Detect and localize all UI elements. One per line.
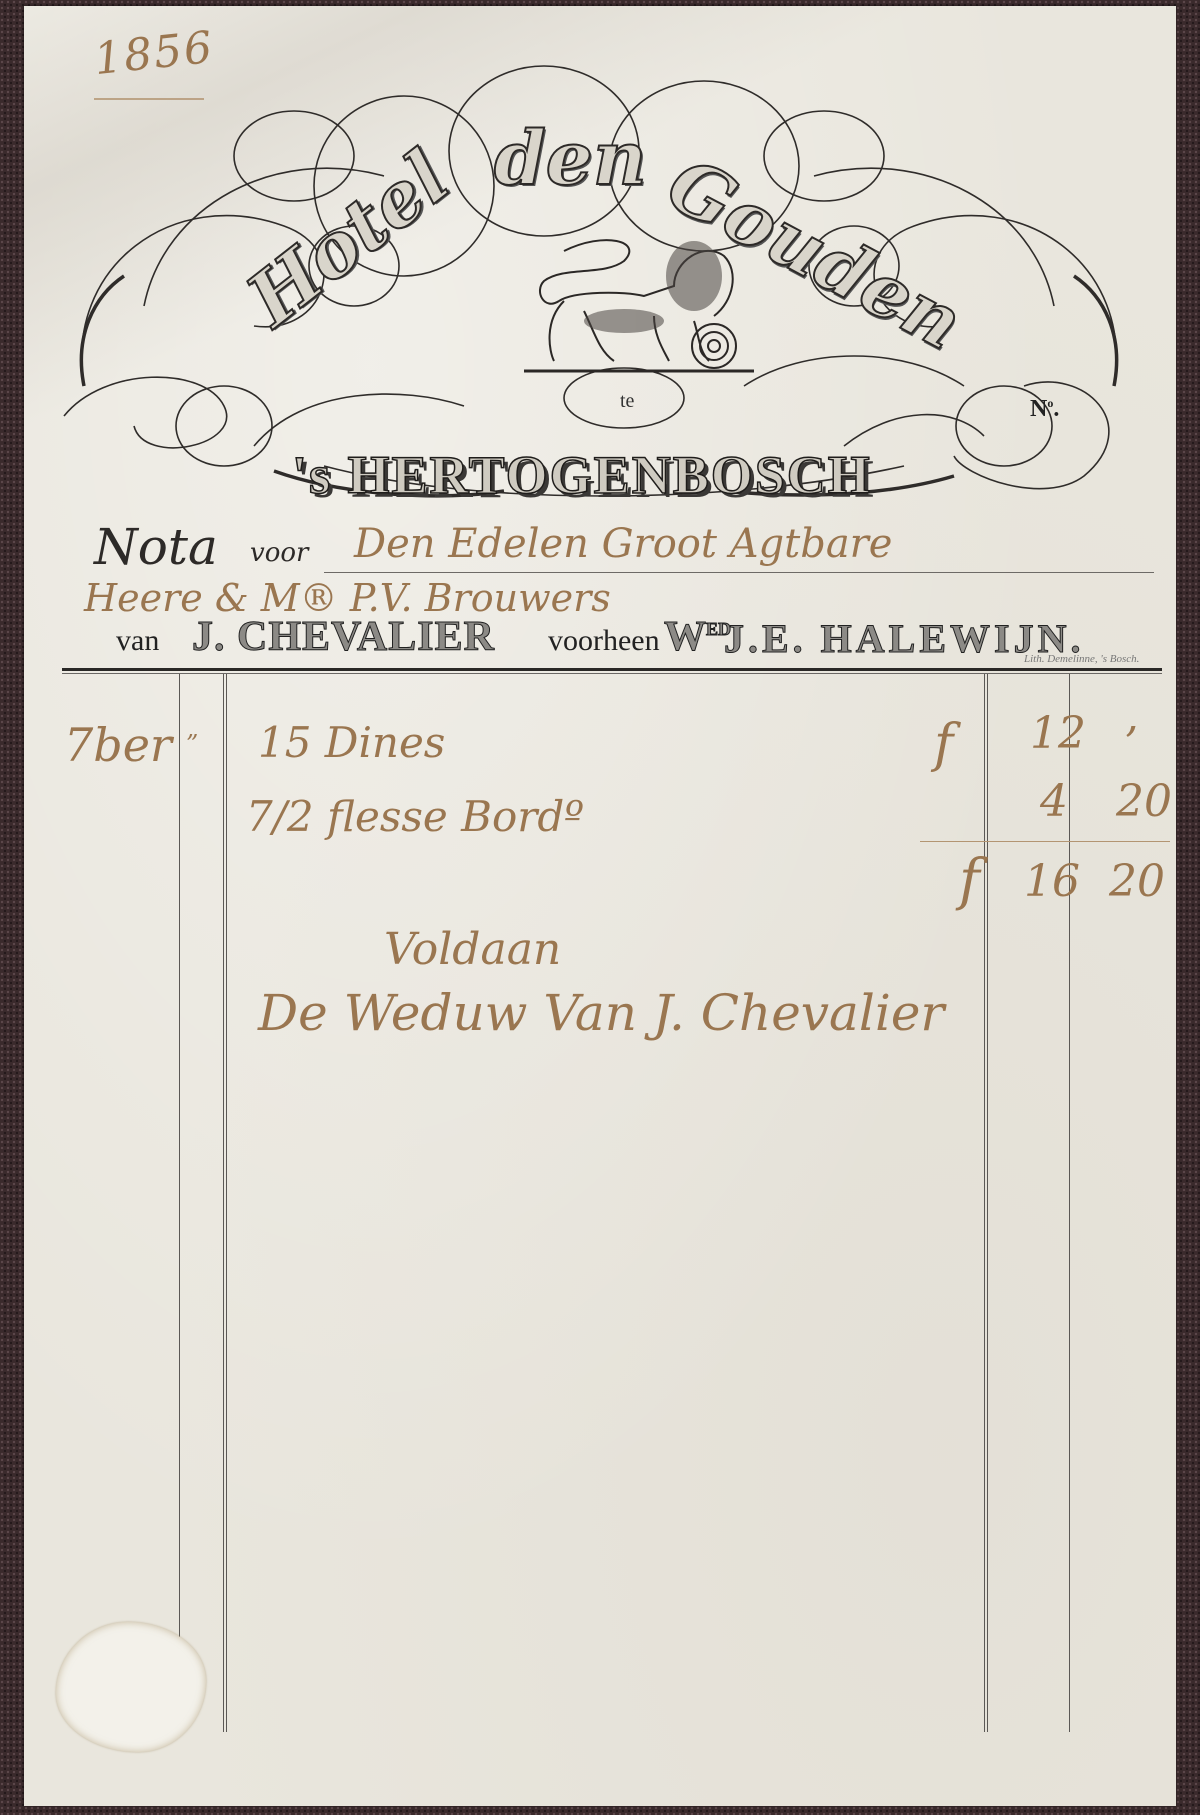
line-item-description: 15 Dines bbox=[258, 718, 445, 767]
widow-prefix: WED bbox=[664, 613, 731, 661]
van-label: van bbox=[116, 624, 159, 658]
entry-date: 7ber bbox=[64, 718, 172, 772]
nota-label: Nota bbox=[94, 518, 218, 576]
total-currency-florin-sign: f bbox=[959, 848, 980, 913]
te-label: te bbox=[620, 390, 634, 413]
city-name: 's HERTOGENBOSCH bbox=[292, 444, 872, 506]
signature: De Weduw Van J. Chevalier bbox=[258, 984, 944, 1042]
line-item-cents: ’ bbox=[1124, 718, 1138, 769]
no-label-sup: o bbox=[1047, 396, 1053, 410]
arch-word-den: den bbox=[494, 116, 647, 202]
voor-label: voor bbox=[250, 538, 308, 568]
proprietor-name: J. CHEVALIER bbox=[192, 613, 495, 661]
total-guilders: 16 bbox=[1024, 856, 1080, 907]
arch-word-hotel: Hotel bbox=[232, 135, 465, 344]
year-underline bbox=[94, 98, 204, 100]
total-cents: 20 bbox=[1109, 856, 1165, 907]
invoice-number-label: No. bbox=[1030, 396, 1059, 423]
total-rule bbox=[920, 841, 1170, 842]
column-rule-desc-left-a bbox=[223, 674, 224, 1732]
invoice-paper: 1856 bbox=[24, 6, 1176, 1806]
line-item-cents: 20 bbox=[1116, 776, 1172, 827]
column-rule-desc-left-b bbox=[226, 674, 227, 1732]
widow-prefix-text: W bbox=[664, 614, 706, 660]
column-rule-cents bbox=[1069, 674, 1070, 1732]
entry-ditto-mark: ” bbox=[186, 730, 198, 758]
addressee-line-1: Den Edelen Groot Agtbare bbox=[354, 521, 892, 567]
header-rule-thin bbox=[62, 673, 1162, 674]
printer-credit: Lith. Demelinne, 's Bosch. bbox=[1024, 653, 1139, 665]
no-label-text: N bbox=[1030, 396, 1047, 422]
lion-emblem-icon bbox=[504, 221, 764, 381]
paid-note: Voldaan bbox=[384, 924, 561, 975]
voorheen-label: voorheen bbox=[548, 624, 660, 658]
column-rule-date bbox=[179, 674, 180, 1732]
addressee-line-rule bbox=[324, 572, 1154, 573]
column-rule-amount-left-a bbox=[984, 674, 985, 1732]
line-item-description: 7/2 flesse Bordº bbox=[246, 792, 584, 841]
header-rule-thick bbox=[62, 668, 1162, 671]
paper-repair-patch bbox=[56, 1622, 206, 1752]
line-item-guilders: 4 bbox=[1040, 776, 1068, 827]
column-rule-amount-left-b bbox=[987, 674, 988, 1732]
line-item-guilders: 12 bbox=[1030, 708, 1086, 759]
currency-florin-sign: f bbox=[934, 714, 953, 774]
year-annotation: 1856 bbox=[92, 22, 217, 85]
